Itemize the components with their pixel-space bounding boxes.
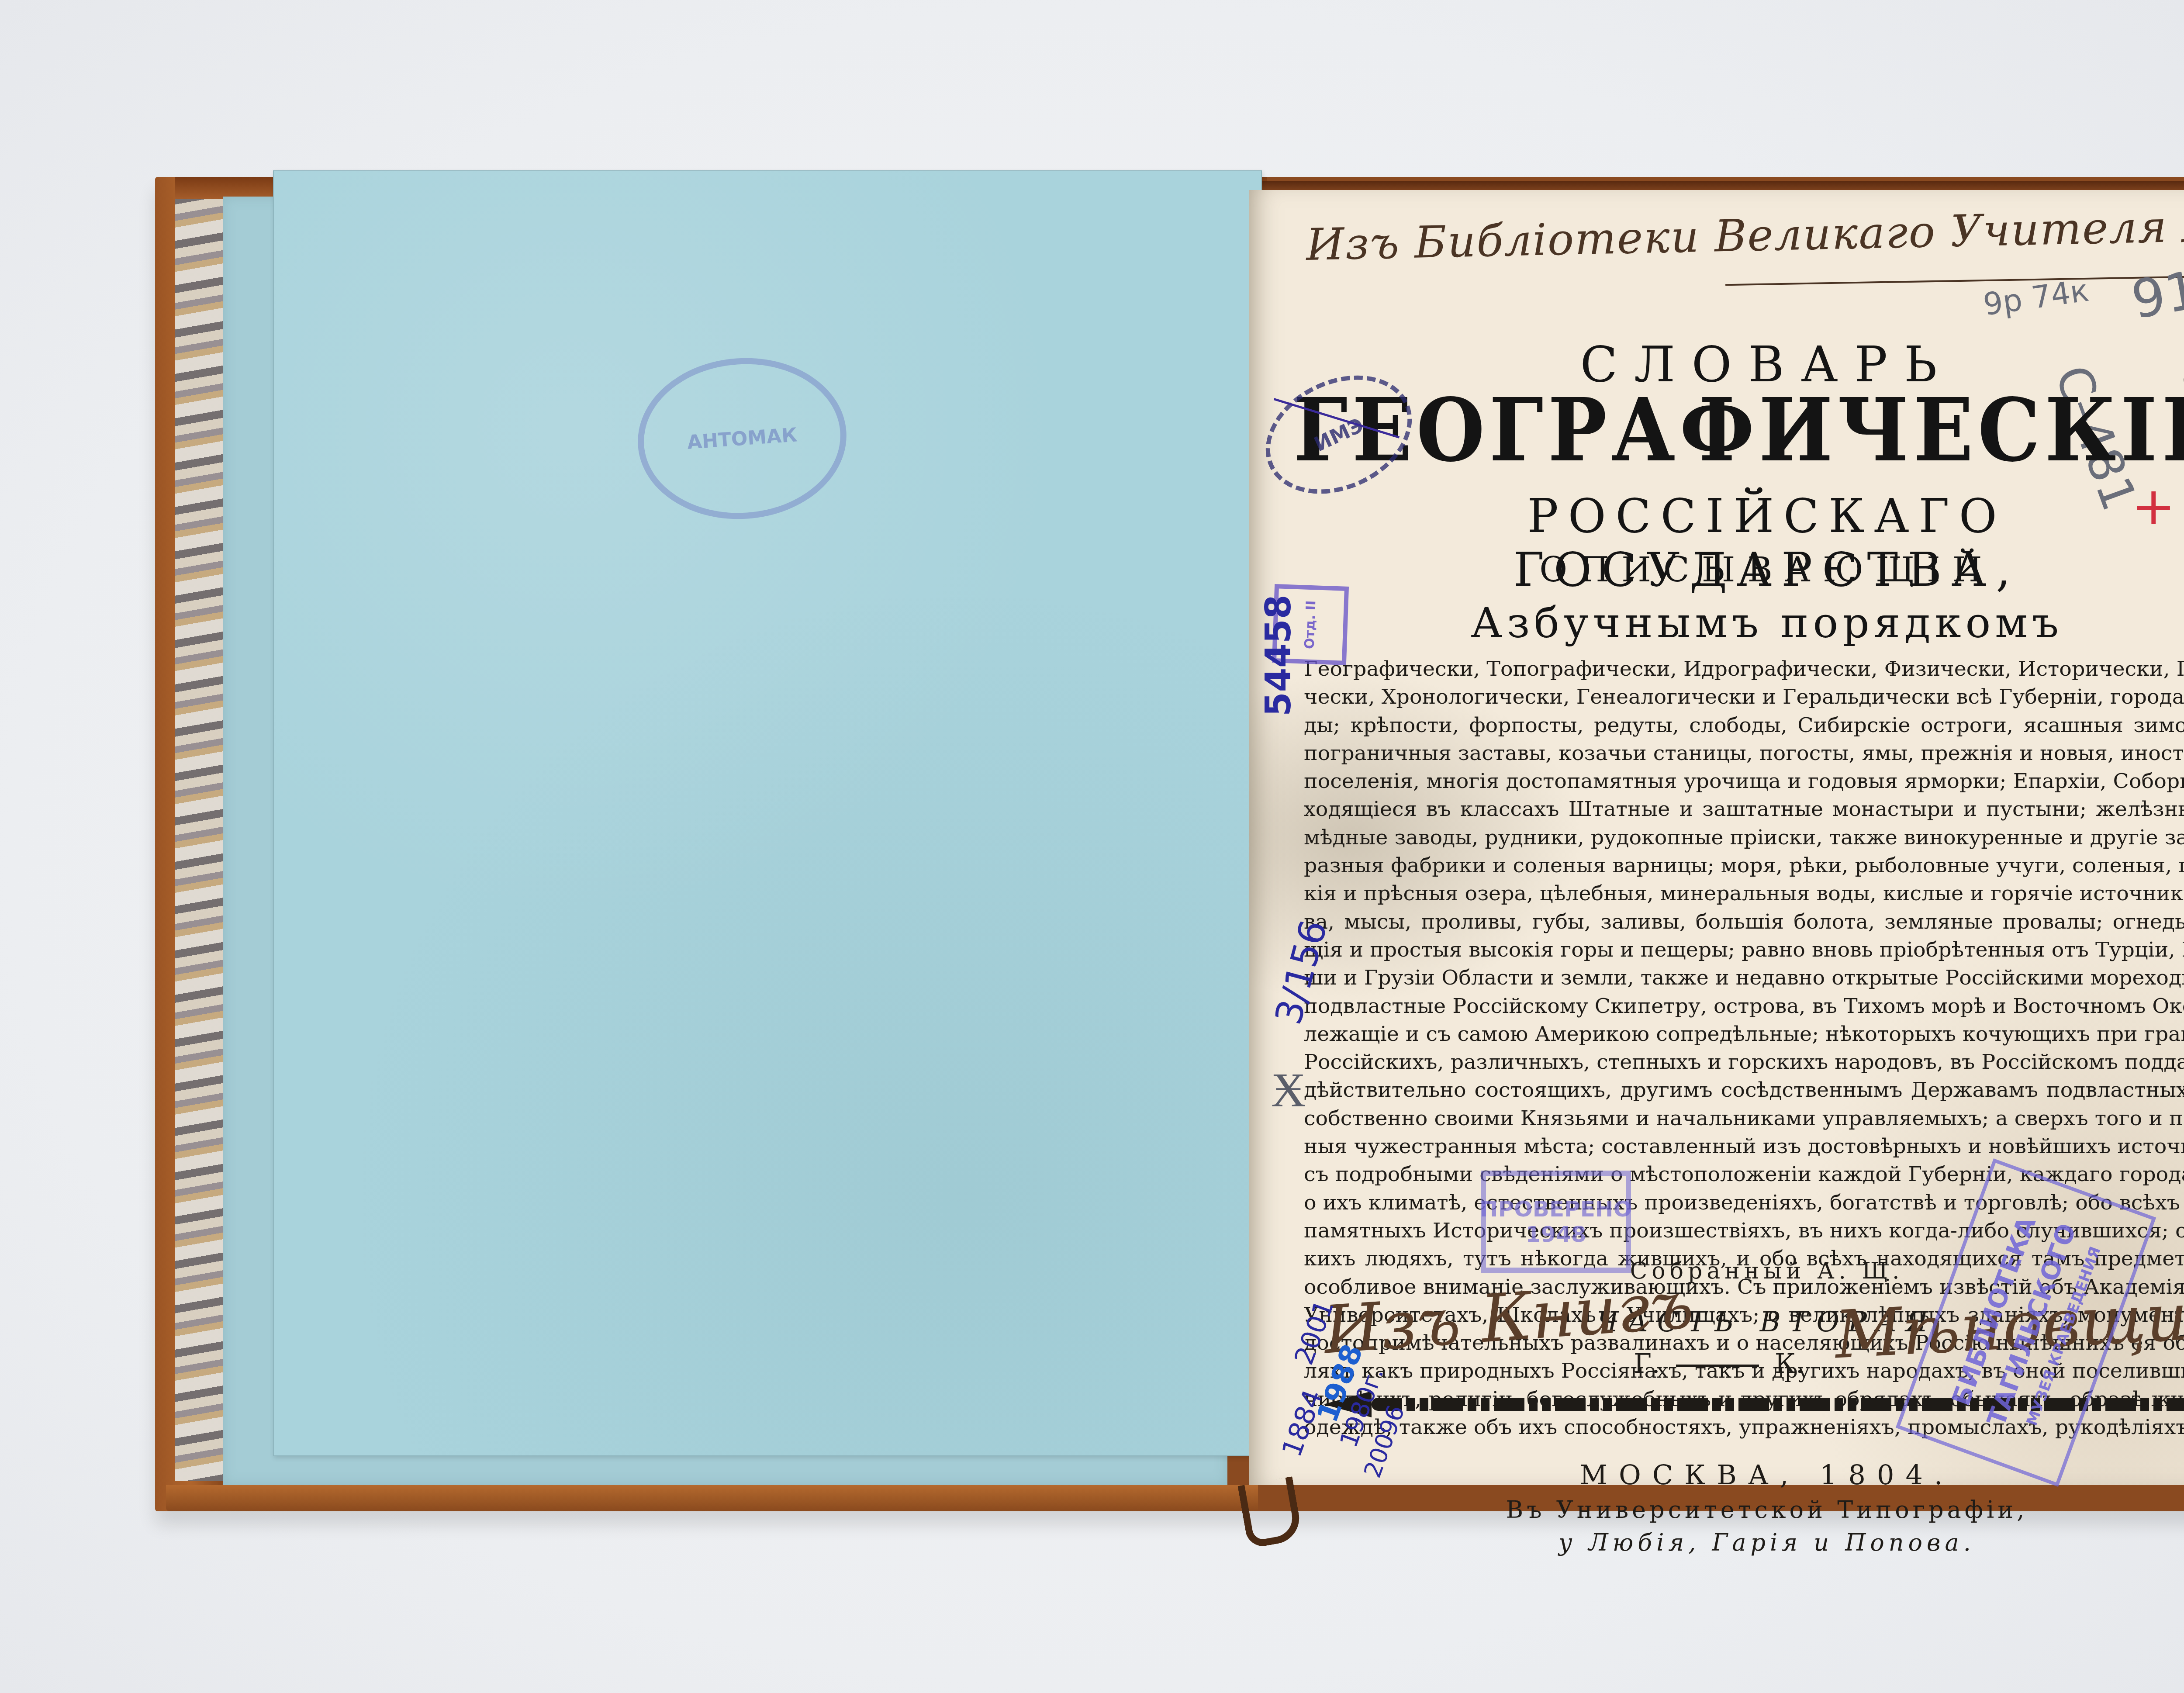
text-line: чески, Хронологически, Генеалогически и … (1304, 683, 2184, 711)
tagil-stamp-columns: БИБЛИОТЕКА ТАГИЛЬСКОГО МУЗЕЯ КРАЕВЕДЕНИЯ (1943, 1206, 2108, 1439)
text-line: собственно своими Князьями и начальникам… (1304, 1105, 2184, 1133)
text-line: лежащіе и съ самою Америкою сопредѣльные… (1304, 1020, 2184, 1048)
text-line: ходящіеся въ классахъ Штатные и заштатны… (1304, 795, 2184, 823)
imprint-printer-line-1: Въ Университетской Типографіи, (1293, 1496, 2184, 1524)
title-line-2: ГЕОГРАФИЧЕСКІЙ (1293, 380, 2184, 481)
checked-stamp: ПРОВЕРЕНО 1948 (1481, 1171, 1631, 1273)
text-line: Географически, Топографически, Идрографи… (1304, 655, 2184, 683)
pencil-cross-mark: Ӿ (1271, 1061, 1306, 1118)
text-line: ды; крѣпости, форпосты, редуты, слободы,… (1304, 712, 2184, 739)
text-line: поселенія, многія достопамятныя урочища … (1304, 767, 2184, 795)
text-line: ва, мысы, проливы, губы, заливы, большія… (1304, 908, 2184, 936)
stamp-text: АНТОМАК (686, 424, 798, 453)
letter-range: Г.К. (1634, 1347, 1804, 1379)
title-line-5: Азбучнымъ порядкомъ (1293, 598, 2184, 647)
letter-range-end: К. (1775, 1347, 1804, 1379)
text-line: кія и прѣсныя озера, цѣлебныя, минеральн… (1304, 880, 2184, 908)
text-line: ныя чужестранныя мѣста; составленный изъ… (1304, 1133, 2184, 1161)
imprint-printer-line-2: у Любія, Гарія и Попова. (1293, 1529, 2184, 1556)
text-line: ши и Грузіи Области и земли, также и нед… (1304, 964, 2184, 992)
letter-range-dash (1676, 1365, 1759, 1367)
checked-stamp-line-2: 1948 (1525, 1222, 1586, 1247)
text-line: щія и простыя высокія горы и пещеры; рав… (1304, 936, 2184, 964)
letter-range-start: Г. (1634, 1347, 1660, 1379)
text-line: подвластные Россійскому Скипетру, остров… (1304, 992, 2184, 1020)
rect-stamp-text: Отд. II (1302, 600, 1319, 649)
cover-bottom-edge (166, 1485, 1258, 1511)
text-line: мѣдные заводы, рудники, рудокопные пріис… (1304, 824, 2184, 852)
checked-stamp-line-1: ПРОВЕРЕНО (1480, 1196, 1632, 1222)
title-line-4: ОПИСЫВАЮЩІЙ (1293, 550, 2184, 590)
text-line: разныя фабрики и соленыя варницы; моря, … (1304, 852, 2184, 880)
text-line: Россійскихъ, различныхъ, степныхъ и горс… (1304, 1048, 2184, 1076)
text-line: пограничныя заставы, козачьи станицы, по… (1304, 739, 2184, 767)
text-line: дѣйствительно состоящихъ, другимъ сосѣдс… (1304, 1076, 2184, 1104)
crossed-out-number: 54458 (1258, 595, 1299, 716)
